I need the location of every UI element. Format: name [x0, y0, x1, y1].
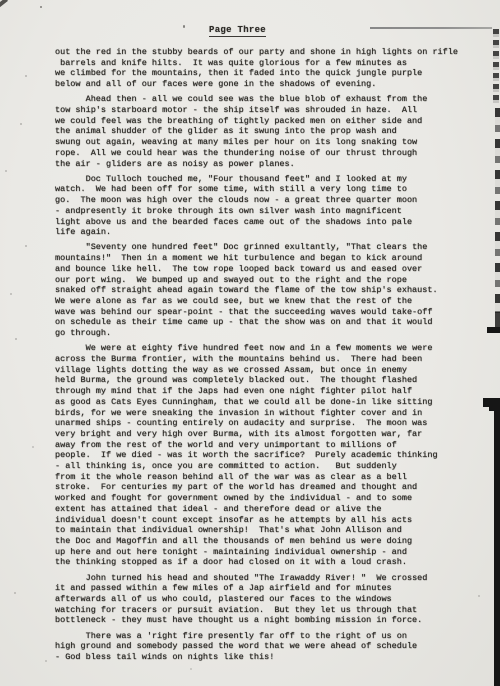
- scan-edge-tick-horizontal: [487, 327, 500, 333]
- scan-edge-black-bar: [494, 398, 500, 686]
- dust-speck: [190, 668, 192, 670]
- dust-speck: [32, 446, 34, 448]
- top-right-pen-line: [370, 27, 492, 29]
- dust-speck: [15, 338, 17, 340]
- body-paragraph-4: "Seventy one hundred feet" Doc grinned e…: [55, 242, 471, 338]
- body-paragraph-5: We were at eighty five hundred feet now …: [55, 343, 471, 568]
- scan-edge-black-bar-step: [489, 405, 495, 411]
- scan-mark-top-left: [0, 0, 8, 8]
- dust-speck: [40, 6, 42, 8]
- scan-edge-smudges-upper: [493, 26, 499, 104]
- page-title: Page Three: [209, 25, 266, 37]
- body-paragraph-6: John turned his head and shouted "The Ir…: [55, 573, 471, 627]
- scanned-page: Page Three out the red in the stubby bea…: [0, 0, 500, 686]
- dust-speck: [5, 170, 7, 172]
- dust-speck: [25, 75, 27, 77]
- body-paragraph-1: out the red in the stubby beards of our …: [55, 47, 471, 90]
- dust-speck: [25, 245, 27, 247]
- dust-speck: [45, 660, 47, 662]
- body-paragraph-2: Ahead then - all we could see was the bl…: [55, 94, 471, 169]
- dust-speck: [478, 595, 480, 597]
- dust-speck: [14, 592, 16, 594]
- body-paragraph-3: Doc Tulloch touched me, "Four thousand f…: [55, 174, 471, 238]
- dust-speck: [20, 123, 22, 125]
- body-paragraph-7: There was a 'right fire presently far of…: [55, 631, 471, 663]
- document-body: out the red in the stubby beards of our …: [55, 47, 471, 667]
- scan-edge-smudges-middle: [495, 108, 500, 313]
- dust-speck: [183, 25, 185, 28]
- dust-speck: [10, 293, 12, 295]
